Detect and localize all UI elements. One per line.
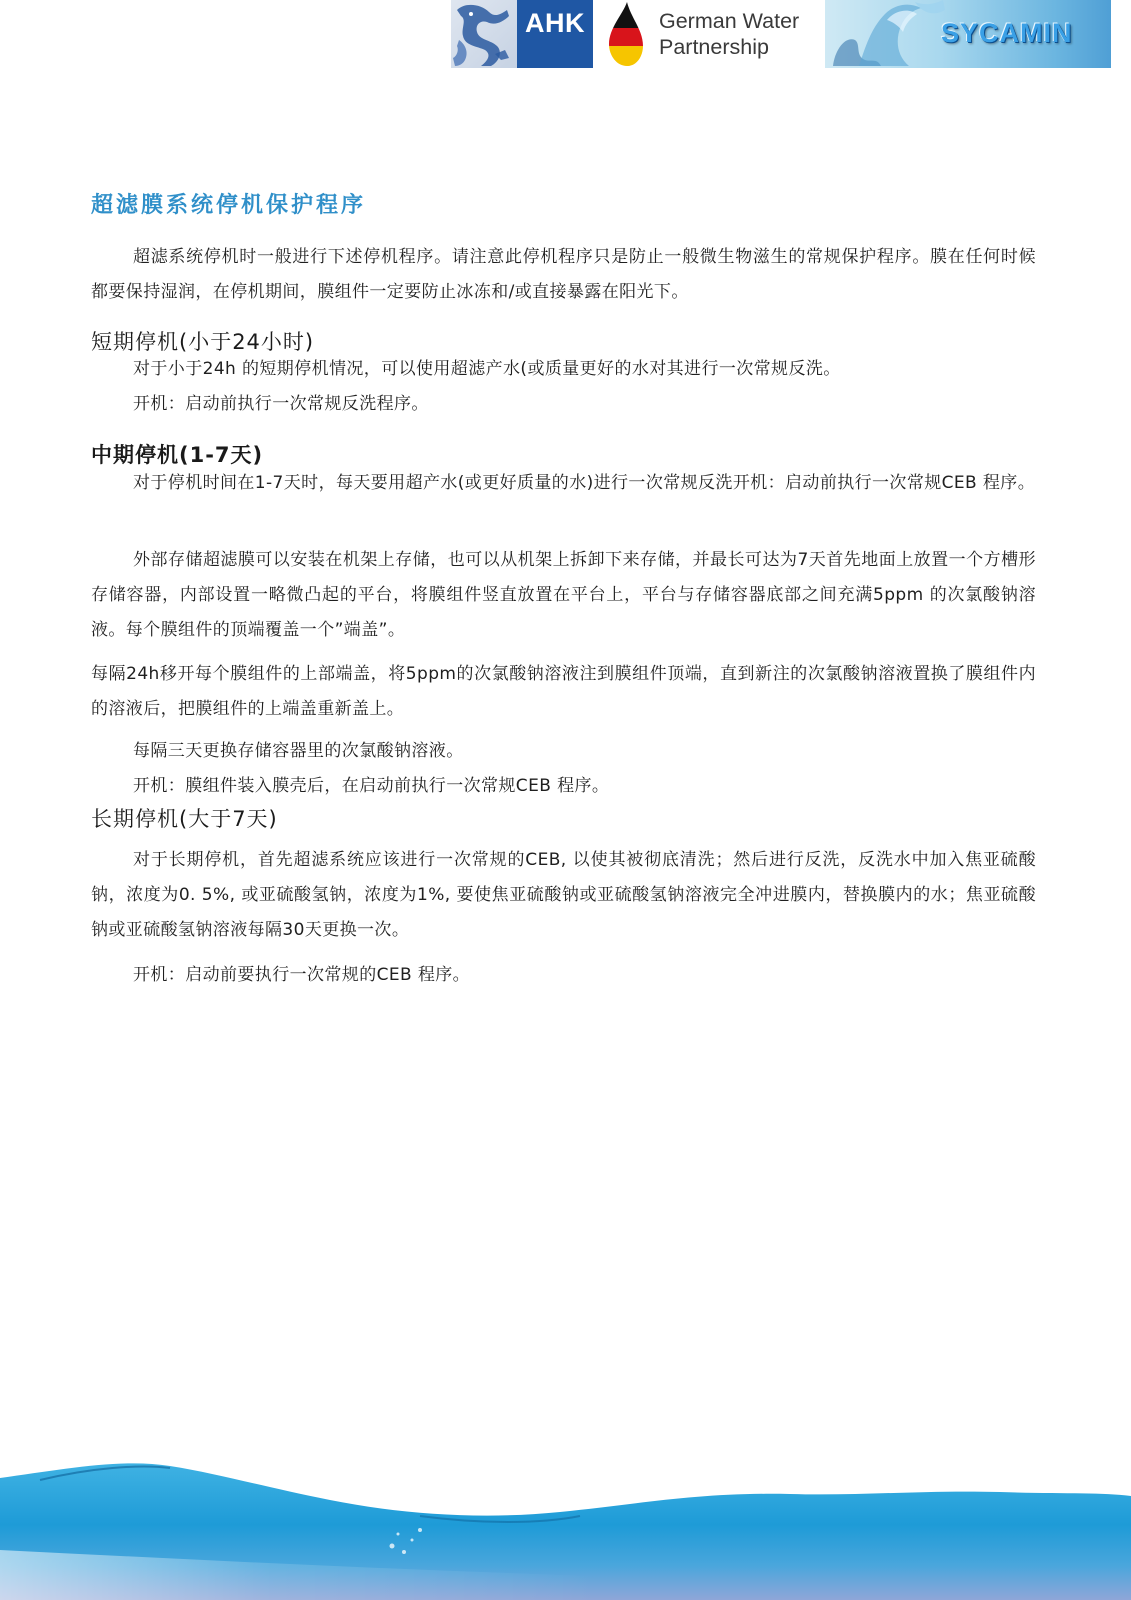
section-long-term: 对于长期停机，首先超滤系统应该进行一次常规的CEB, 以使其被彻底清洗；然后进行… xyxy=(91,843,1036,948)
section-heading-long-term: 长期停机(大于7天) xyxy=(91,803,278,833)
section-short-term: 对于小于24h 的短期停机情况，可以使用超滤产水(或质量更好的水对其进行一次常规… xyxy=(91,352,1036,422)
intro-paragraph: 超滤系统停机时一般进行下述停机程序。请注意此停机程序只是防止一般微生物滋生的常规… xyxy=(91,240,1036,310)
flag-drop-icon xyxy=(605,0,645,68)
paragraph: 对于小于24h 的短期停机情况，可以使用超滤产水(或质量更好的水对其进行一次常规… xyxy=(91,352,1036,387)
paragraph: 开机：膜组件装入膜壳后，在启动前执行一次常规CEB 程序。 xyxy=(91,769,1036,804)
dragon-icon xyxy=(451,0,517,68)
paragraph: 外部存储超滤膜可以安装在机架上存储，也可以从机架上拆卸下来存储，并最长可达为7天… xyxy=(91,543,1036,648)
sycamin-logo: SYCAMIN xyxy=(825,0,1111,68)
document-title: 超滤膜系统停机保护程序 xyxy=(91,188,366,219)
ahk-wordmark: AHK xyxy=(517,0,593,68)
gwp-line-2: Partnership xyxy=(659,34,799,60)
cap-paragraph-block: 每隔24h移开每个膜组件的上部端盖，将5ppm的次氯酸钠溶液注到膜组件顶端，直到… xyxy=(91,657,1036,727)
paragraph: 对于停机时间在1-7天时，每天要用超产水(或更好质量的水)进行一次常规反洗开机：… xyxy=(91,466,1036,501)
water-wave-decoration xyxy=(0,1400,1131,1600)
german-water-partnership-logo: German Water Partnership xyxy=(593,0,825,68)
ahk-logo: AHK xyxy=(451,0,593,68)
sycamin-wordmark: SYCAMIN xyxy=(941,18,1073,49)
restart-paragraph-block: 每隔三天更换存储容器里的次氯酸钠溶液。 开机：膜组件装入膜壳后，在启动前执行一次… xyxy=(91,734,1036,804)
intro-block: 超滤系统停机时一般进行下述停机程序。请注意此停机程序只是防止一般微生物滋生的常规… xyxy=(91,240,1036,310)
paragraph: 对于长期停机，首先超滤系统应该进行一次常规的CEB, 以使其被彻底清洗；然后进行… xyxy=(91,843,1036,948)
paragraph: 开机：启动前要执行一次常规的CEB 程序。 xyxy=(91,958,1036,993)
paragraph: 每隔24h移开每个膜组件的上部端盖，将5ppm的次氯酸钠溶液注到膜组件顶端，直到… xyxy=(91,657,1036,727)
section-medium-term: 对于停机时间在1-7天时，每天要用超产水(或更好质量的水)进行一次常规反洗开机：… xyxy=(91,466,1036,501)
gwp-line-1: German Water xyxy=(659,8,799,34)
long-term-restart-block: 开机：启动前要执行一次常规的CEB 程序。 xyxy=(91,958,1036,993)
partner-logo-bar: AHK German Water Partnership xyxy=(451,0,1111,68)
storage-paragraph-block: 外部存储超滤膜可以安装在机架上存储，也可以从机架上拆卸下来存储，并最长可达为7天… xyxy=(91,543,1036,648)
gwp-wordmark: German Water Partnership xyxy=(659,8,799,60)
paragraph: 每隔三天更换存储容器里的次氯酸钠溶液。 xyxy=(91,734,1036,769)
paragraph: 开机：启动前执行一次常规反洗程序。 xyxy=(91,387,1036,422)
section-heading-medium-term: 中期停机(1-7天) xyxy=(91,439,263,469)
